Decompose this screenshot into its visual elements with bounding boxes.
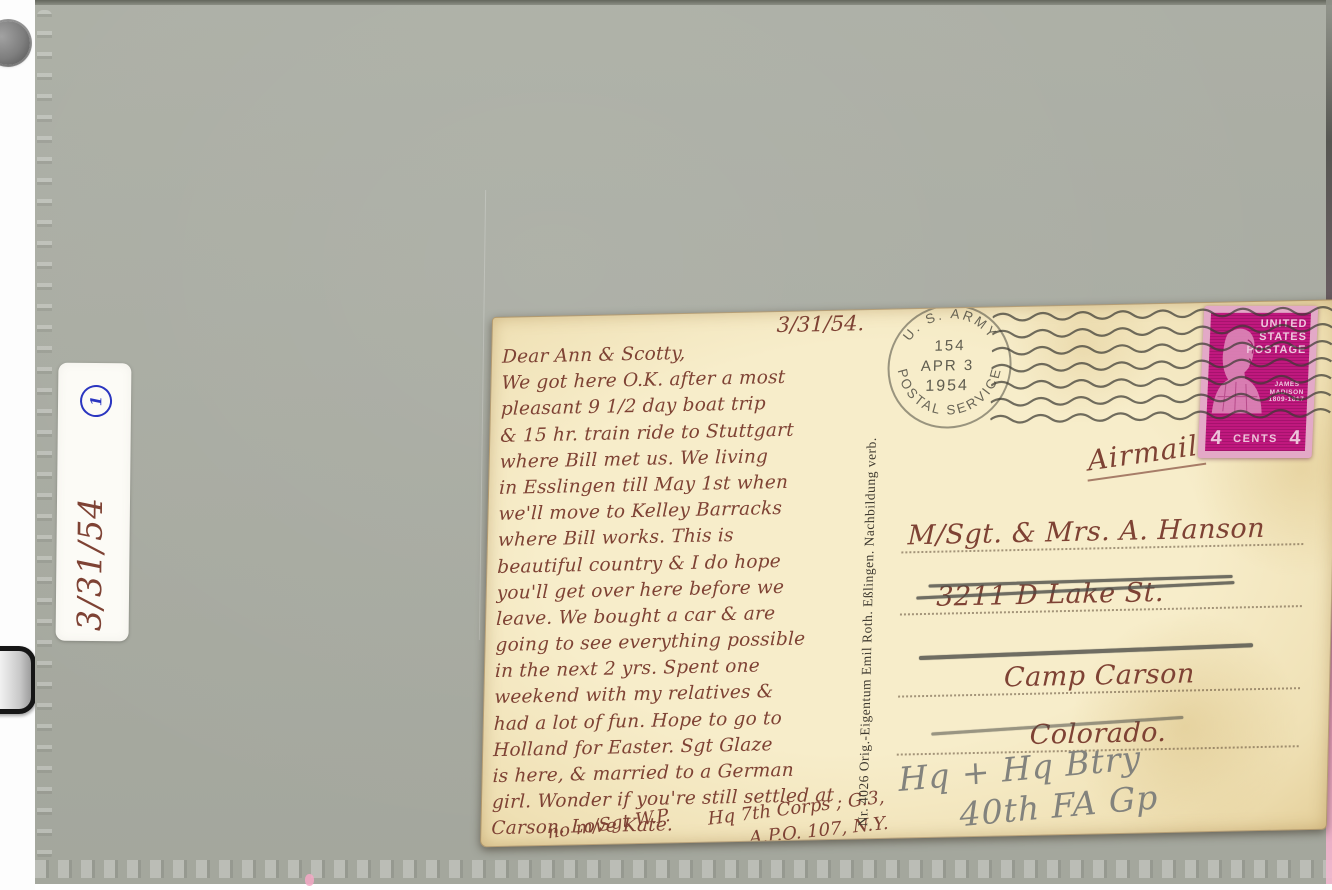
- postmark-year: 1954: [925, 377, 969, 395]
- postcard-back: 3/31/54. Dear Ann & Scotty, We got here …: [480, 299, 1332, 847]
- label-circled-mark: 1: [77, 382, 116, 421]
- pencil-strike: [919, 643, 1253, 660]
- scanned-album-page: 1 3/31/54 3/31/54. Dear Ann & Scotty, We…: [0, 0, 1332, 890]
- sleeve-bottom-stitching: [35, 860, 1332, 878]
- sleeve-top-edge: [35, 0, 1332, 5]
- address-line-3-crossed-out: Camp Carson: [898, 607, 1302, 697]
- cancellation-wavy-lines: [990, 304, 1332, 439]
- date-label-sticker: 1 3/31/54: [56, 363, 132, 642]
- label-handwritten-date: 3/31/54: [70, 497, 110, 632]
- label-circled-number: 1: [87, 396, 105, 407]
- address-block: M/Sgt. & Mrs. A. Hanson 3211 D Lake St. …: [897, 487, 1305, 756]
- postmark-date: APR 3: [921, 357, 975, 375]
- address-line-2-crossed-out: 3211 D Lake St.: [900, 545, 1303, 615]
- handwritten-message: Dear Ann & Scotty, We got here O.K. afte…: [491, 337, 884, 843]
- postmark-number: 154: [934, 337, 965, 355]
- binder-margin-strip: [0, 0, 35, 890]
- message-date: 3/31/54.: [776, 311, 864, 337]
- address-line-1: M/Sgt. & Mrs. A. Hanson: [901, 487, 1304, 553]
- sleeve-crease: [479, 190, 486, 640]
- binder-ring-bottom: [0, 646, 36, 714]
- sleeve-left-stitching: [37, 10, 52, 860]
- pink-mark: [305, 874, 314, 886]
